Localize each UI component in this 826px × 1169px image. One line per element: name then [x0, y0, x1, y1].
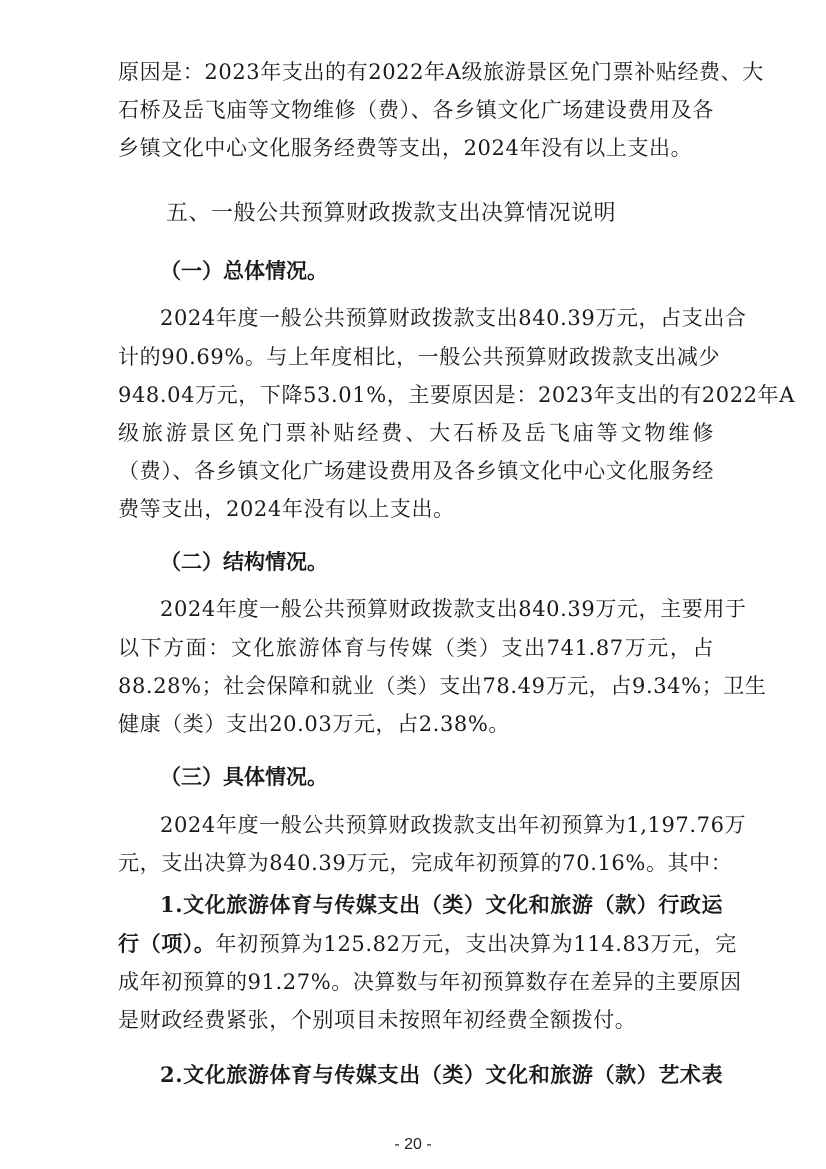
item-title: 1.文化旅游体育与传媒支出（类）文化和旅游（款）行政运 — [160, 891, 714, 919]
paragraph-line: 元，支出决算为840.39万元，完成年初预算的70.16%。其中： — [118, 849, 714, 877]
paragraph-line: 行（项）。年初预算为125.82万元，支出决算为114.83万元，完 — [118, 930, 714, 958]
subsection-heading-overall: （一）总体情况。 — [160, 257, 328, 285]
item-title-end: 行（项）。 — [118, 931, 216, 956]
paragraph-line: 石桥及岳飞庙等文物维修（费）、各乡镇文化广场建设费用及各 — [118, 96, 714, 124]
item-title: 2.文化旅游体育与传媒支出（类）文化和旅游（款）艺术表 — [160, 1061, 714, 1089]
paragraph-line: （费）、各乡镇文化广场建设费用及各乡镇文化中心文化服务经 — [118, 457, 714, 485]
paragraph-line: 948.04万元，下降53.01%，主要原因是：2023年支出的有2022年A — [118, 381, 714, 409]
paragraph-line: 88.28%；社会保障和就业（类）支出78.49万元，占9.34%；卫生 — [118, 672, 714, 700]
paragraph-line: 乡镇文化中心文化服务经费等支出，2024年没有以上支出。 — [118, 134, 714, 162]
paragraph-line: 2024年度一般公共预算财政拨款支出840.39万元，主要用于 — [160, 595, 714, 623]
paragraph-line: 健康（类）支出20.03万元，占2.38%。 — [118, 710, 714, 738]
document-page: 原因是：2023年支出的有2022年A级旅游景区免门票补贴经费、大 石桥及岳飞庙… — [0, 0, 826, 1169]
page-number: - 20 - — [0, 1136, 826, 1154]
paragraph-line: 2024年度一般公共预算财政拨款支出年初预算为1,197.76万 — [160, 811, 714, 839]
item-text: 年初预算为125.82万元，支出决算为114.83万元，完 — [216, 932, 737, 956]
paragraph-line: 是财政经费紧张，个别项目未按照年初经费全额拨付。 — [118, 1006, 714, 1034]
paragraph-line: 2024年度一般公共预算财政拨款支出840.39万元，占支出合 — [160, 304, 714, 332]
paragraph-line: 费等支出，2024年没有以上支出。 — [118, 495, 714, 523]
paragraph-line: 原因是：2023年支出的有2022年A级旅游景区免门票补贴经费、大 — [118, 58, 714, 86]
subsection-heading-details: （三）具体情况。 — [160, 763, 328, 791]
section-heading: 五、一般公共预算财政拨款支出决算情况说明 — [166, 199, 616, 229]
paragraph-line: 成年初预算的91.27%。决算数与年初预算数存在差异的主要原因 — [118, 968, 714, 996]
subsection-heading-structure: （二）结构情况。 — [160, 548, 328, 576]
paragraph-line: 以下方面：文化旅游体育与传媒（类）支出741.87万元，占 — [118, 634, 714, 662]
paragraph-line: 级旅游景区免门票补贴经费、大石桥及岳飞庙等文物维修 — [118, 419, 714, 447]
paragraph-line: 计的90.69%。与上年度相比，一般公共预算财政拨款支出减少 — [118, 343, 714, 371]
